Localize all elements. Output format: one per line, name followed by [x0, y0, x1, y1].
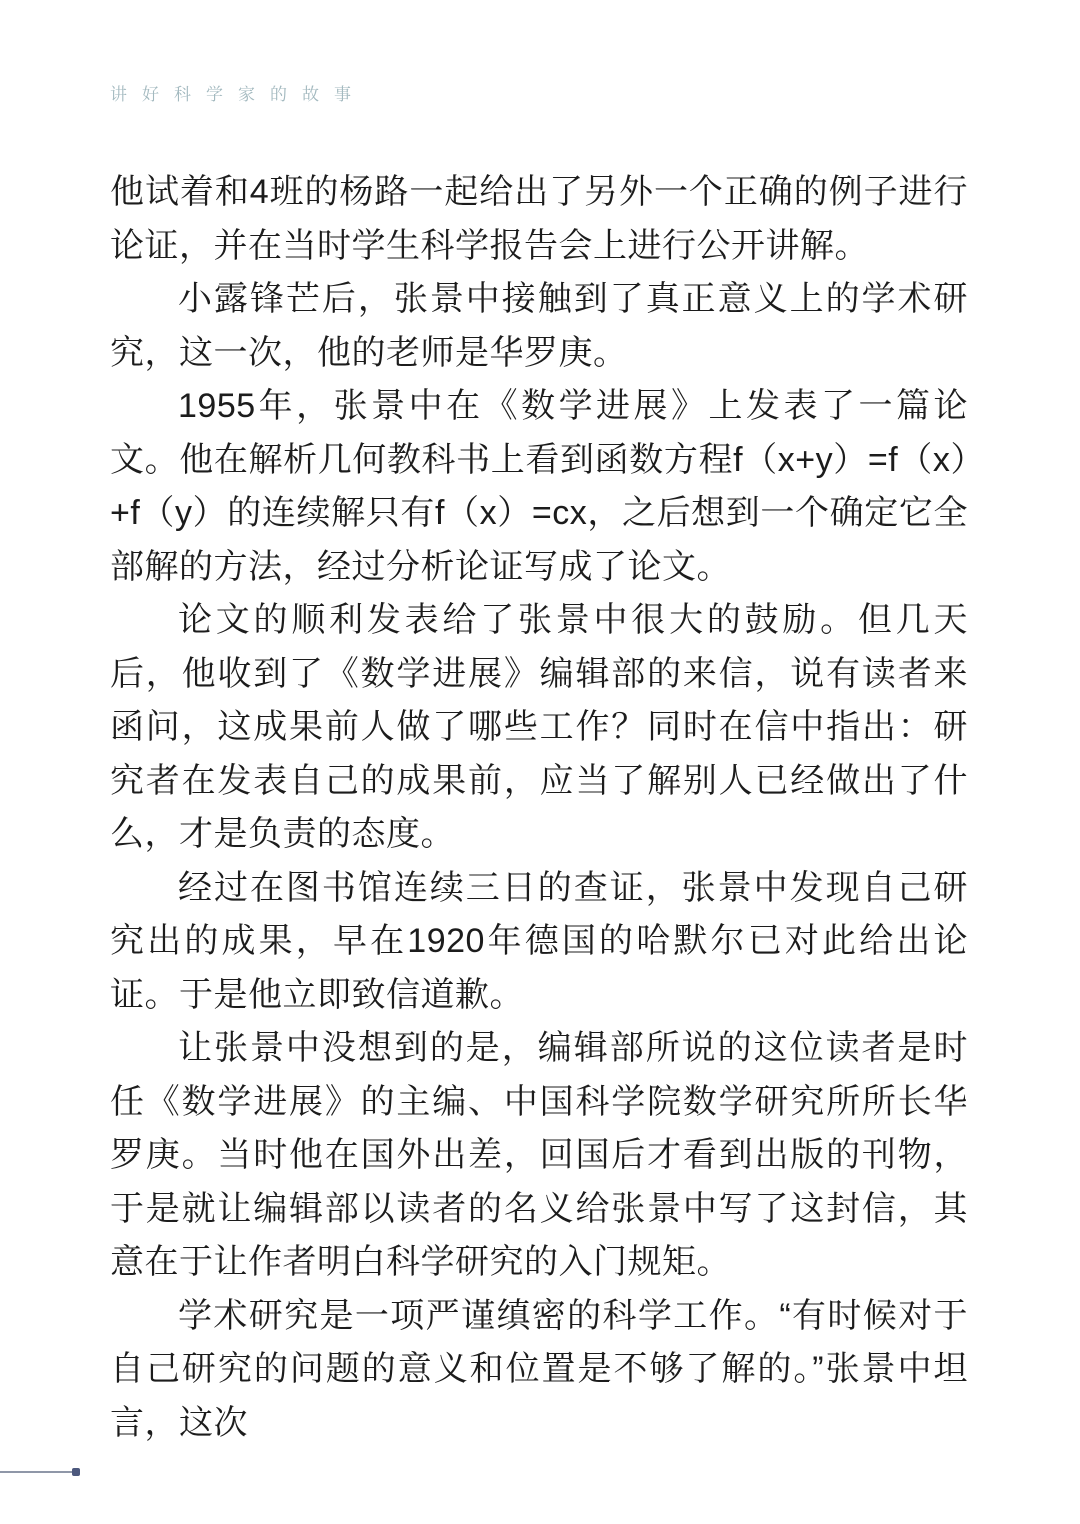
paragraph: 小露锋芒后，张景中接触到了真正意义上的学术研究，这一次，他的老师是华罗庚。 [110, 273, 968, 380]
paragraph: 论文的顺利发表给了张景中很大的鼓励。但几天后，他收到了《数学进展》编辑部的来信，… [110, 594, 968, 862]
paragraph: 学术研究是一项严谨缜密的科学工作。“有时候对于自己研究的问题的意义和位置是不够了… [110, 1290, 968, 1451]
paragraph: 1955年，张景中在《数学进展》上发表了一篇论文。他在解析几何教科书上看到函数方… [110, 380, 968, 594]
paragraph-continuation: 他试着和4班的杨路一起给出了另外一个正确的例子进行论证，并在当时学生科学报告会上… [110, 166, 968, 273]
page-footer-dot [72, 1468, 80, 1476]
body-text: 他试着和4班的杨路一起给出了另外一个正确的例子进行论证，并在当时学生科学报告会上… [110, 166, 968, 1450]
page-footer-rule [0, 1471, 74, 1473]
paragraph: 经过在图书馆连续三日的查证，张景中发现自己研究出的成果，早在1920年德国的哈默… [110, 862, 968, 1023]
book-page: 讲好科学家的故事 他试着和4班的杨路一起给出了另外一个正确的例子进行论证，并在当… [0, 0, 1080, 1524]
running-head: 讲好科学家的故事 [110, 80, 366, 105]
paragraph: 让张景中没想到的是，编辑部所说的这位读者是时任《数学进展》的主编、中国科学院数学… [110, 1022, 968, 1290]
